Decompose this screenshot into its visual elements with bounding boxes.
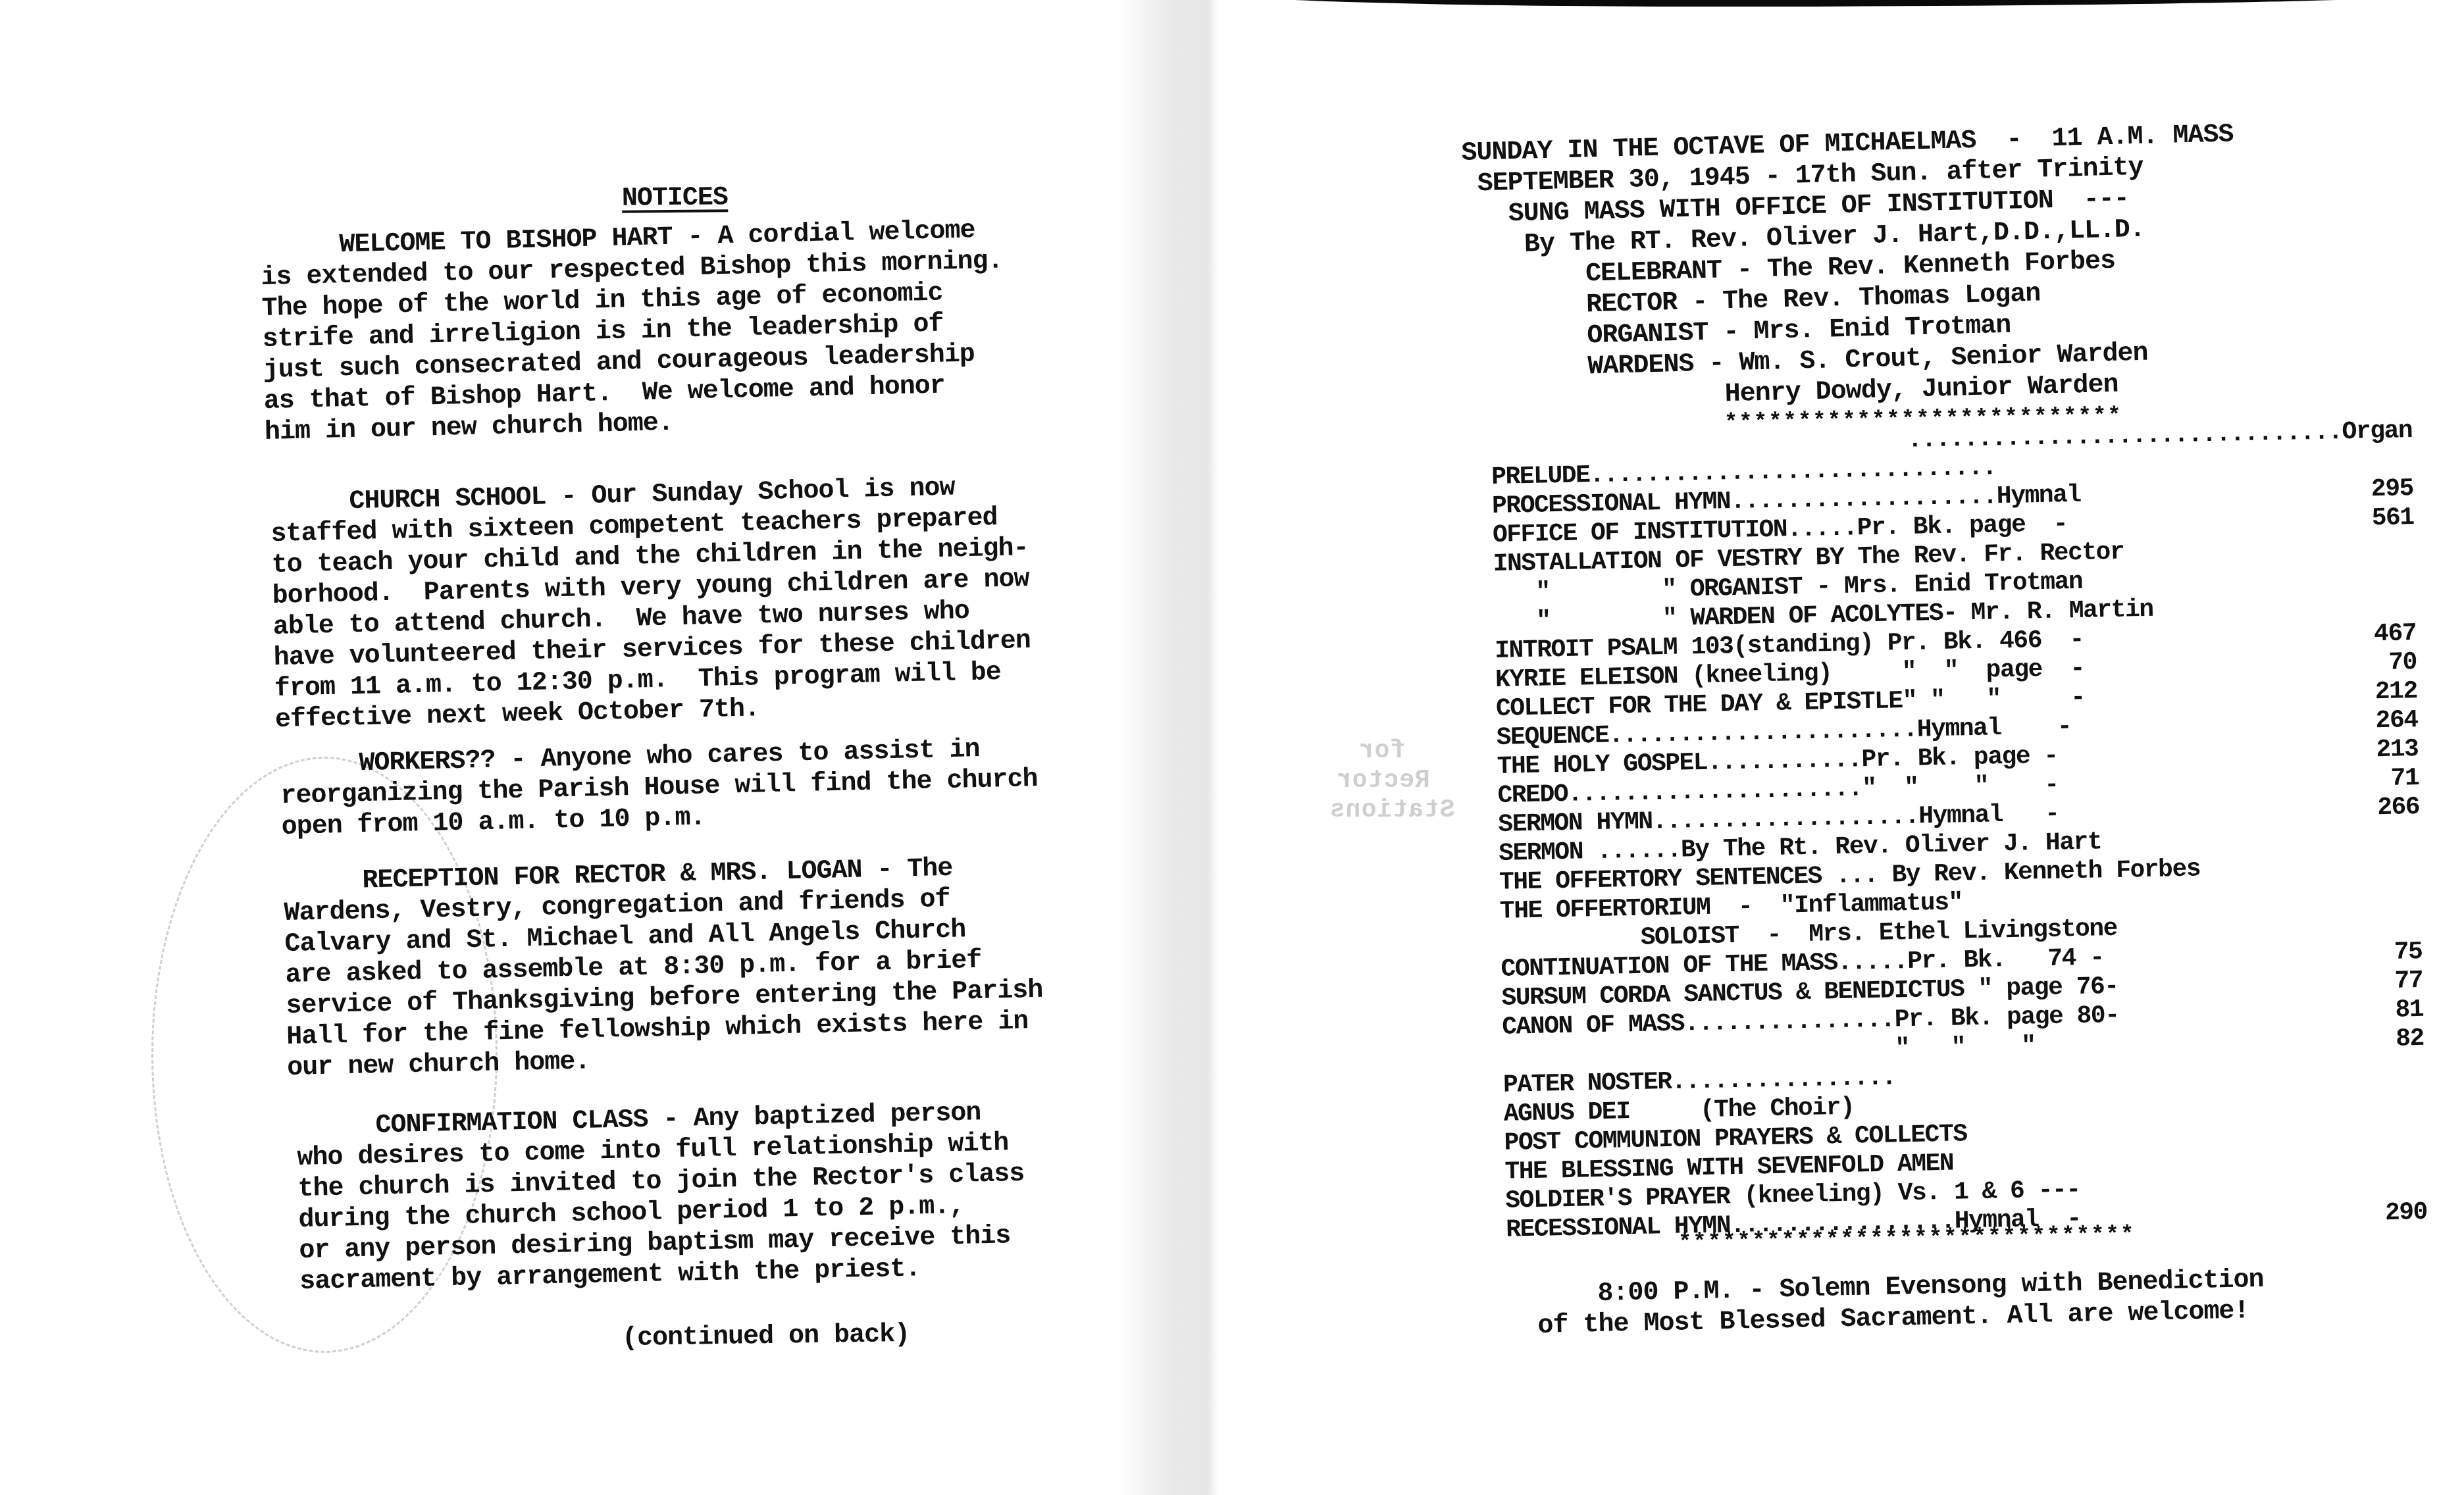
program-item-reference: 561 — [2371, 503, 2414, 533]
program-item-reference: 70 — [2388, 648, 2417, 678]
program-item-reference: 213 — [2376, 735, 2419, 765]
notice-confirmation-class: CONFIRMATION CLASS - Any baptized person… — [296, 1097, 1027, 1298]
program-item-reference: 77 — [2394, 967, 2423, 996]
continued-on-back: (continued on back) — [622, 1319, 910, 1354]
program-item-reference: 467 — [2374, 619, 2417, 649]
program-item-reference: 212 — [2374, 677, 2417, 707]
notices-title: NOTICES — [622, 182, 729, 215]
notice-church-school: CHURCH SCHOOL - Our Sunday School is now… — [270, 471, 1032, 736]
program-item-reference: 75 — [2394, 938, 2422, 967]
program-item-reference: 81 — [2395, 996, 2423, 1025]
bleed-through-text: Stations — [1329, 796, 1454, 824]
left-page-notices: NOTICES WELCOME TO BISHOP HART - A cordi… — [0, 0, 1224, 1495]
program-item-reference: 266 — [2377, 793, 2420, 823]
evensong-notice: 8:00 P.M. - Solemn Evensong with Benedic… — [1537, 1265, 2265, 1342]
bleed-through-text: Rector — [1336, 767, 1430, 795]
program-item-reference: 295 — [2371, 474, 2414, 504]
bleed-through-text: for — [1343, 737, 1405, 765]
service-header: SUNDAY IN THE OCTAVE OF MICHAELMAS - 11 … — [1461, 119, 2240, 417]
notice-welcome: WELCOME TO BISHOP HART - A cordial welco… — [260, 215, 1006, 447]
program-item-reference: 71 — [2390, 764, 2419, 794]
program-item-reference: 82 — [2396, 1025, 2424, 1054]
right-page-order-of-service: for Rector Stations SUNDAY IN THE OCTAVE… — [1224, 0, 2464, 1495]
program-item-reference: 264 — [2375, 706, 2418, 736]
order-of-service: ...............................OrganPREL… — [1491, 417, 2427, 1245]
notice-workers: WORKERS?? - Anyone who cares to assist i… — [280, 733, 1039, 843]
program-item-reference: 290 — [2385, 1198, 2428, 1228]
notice-reception: RECEPTION FOR RECTOR & MRS. LOGAN - TheW… — [283, 851, 1044, 1084]
